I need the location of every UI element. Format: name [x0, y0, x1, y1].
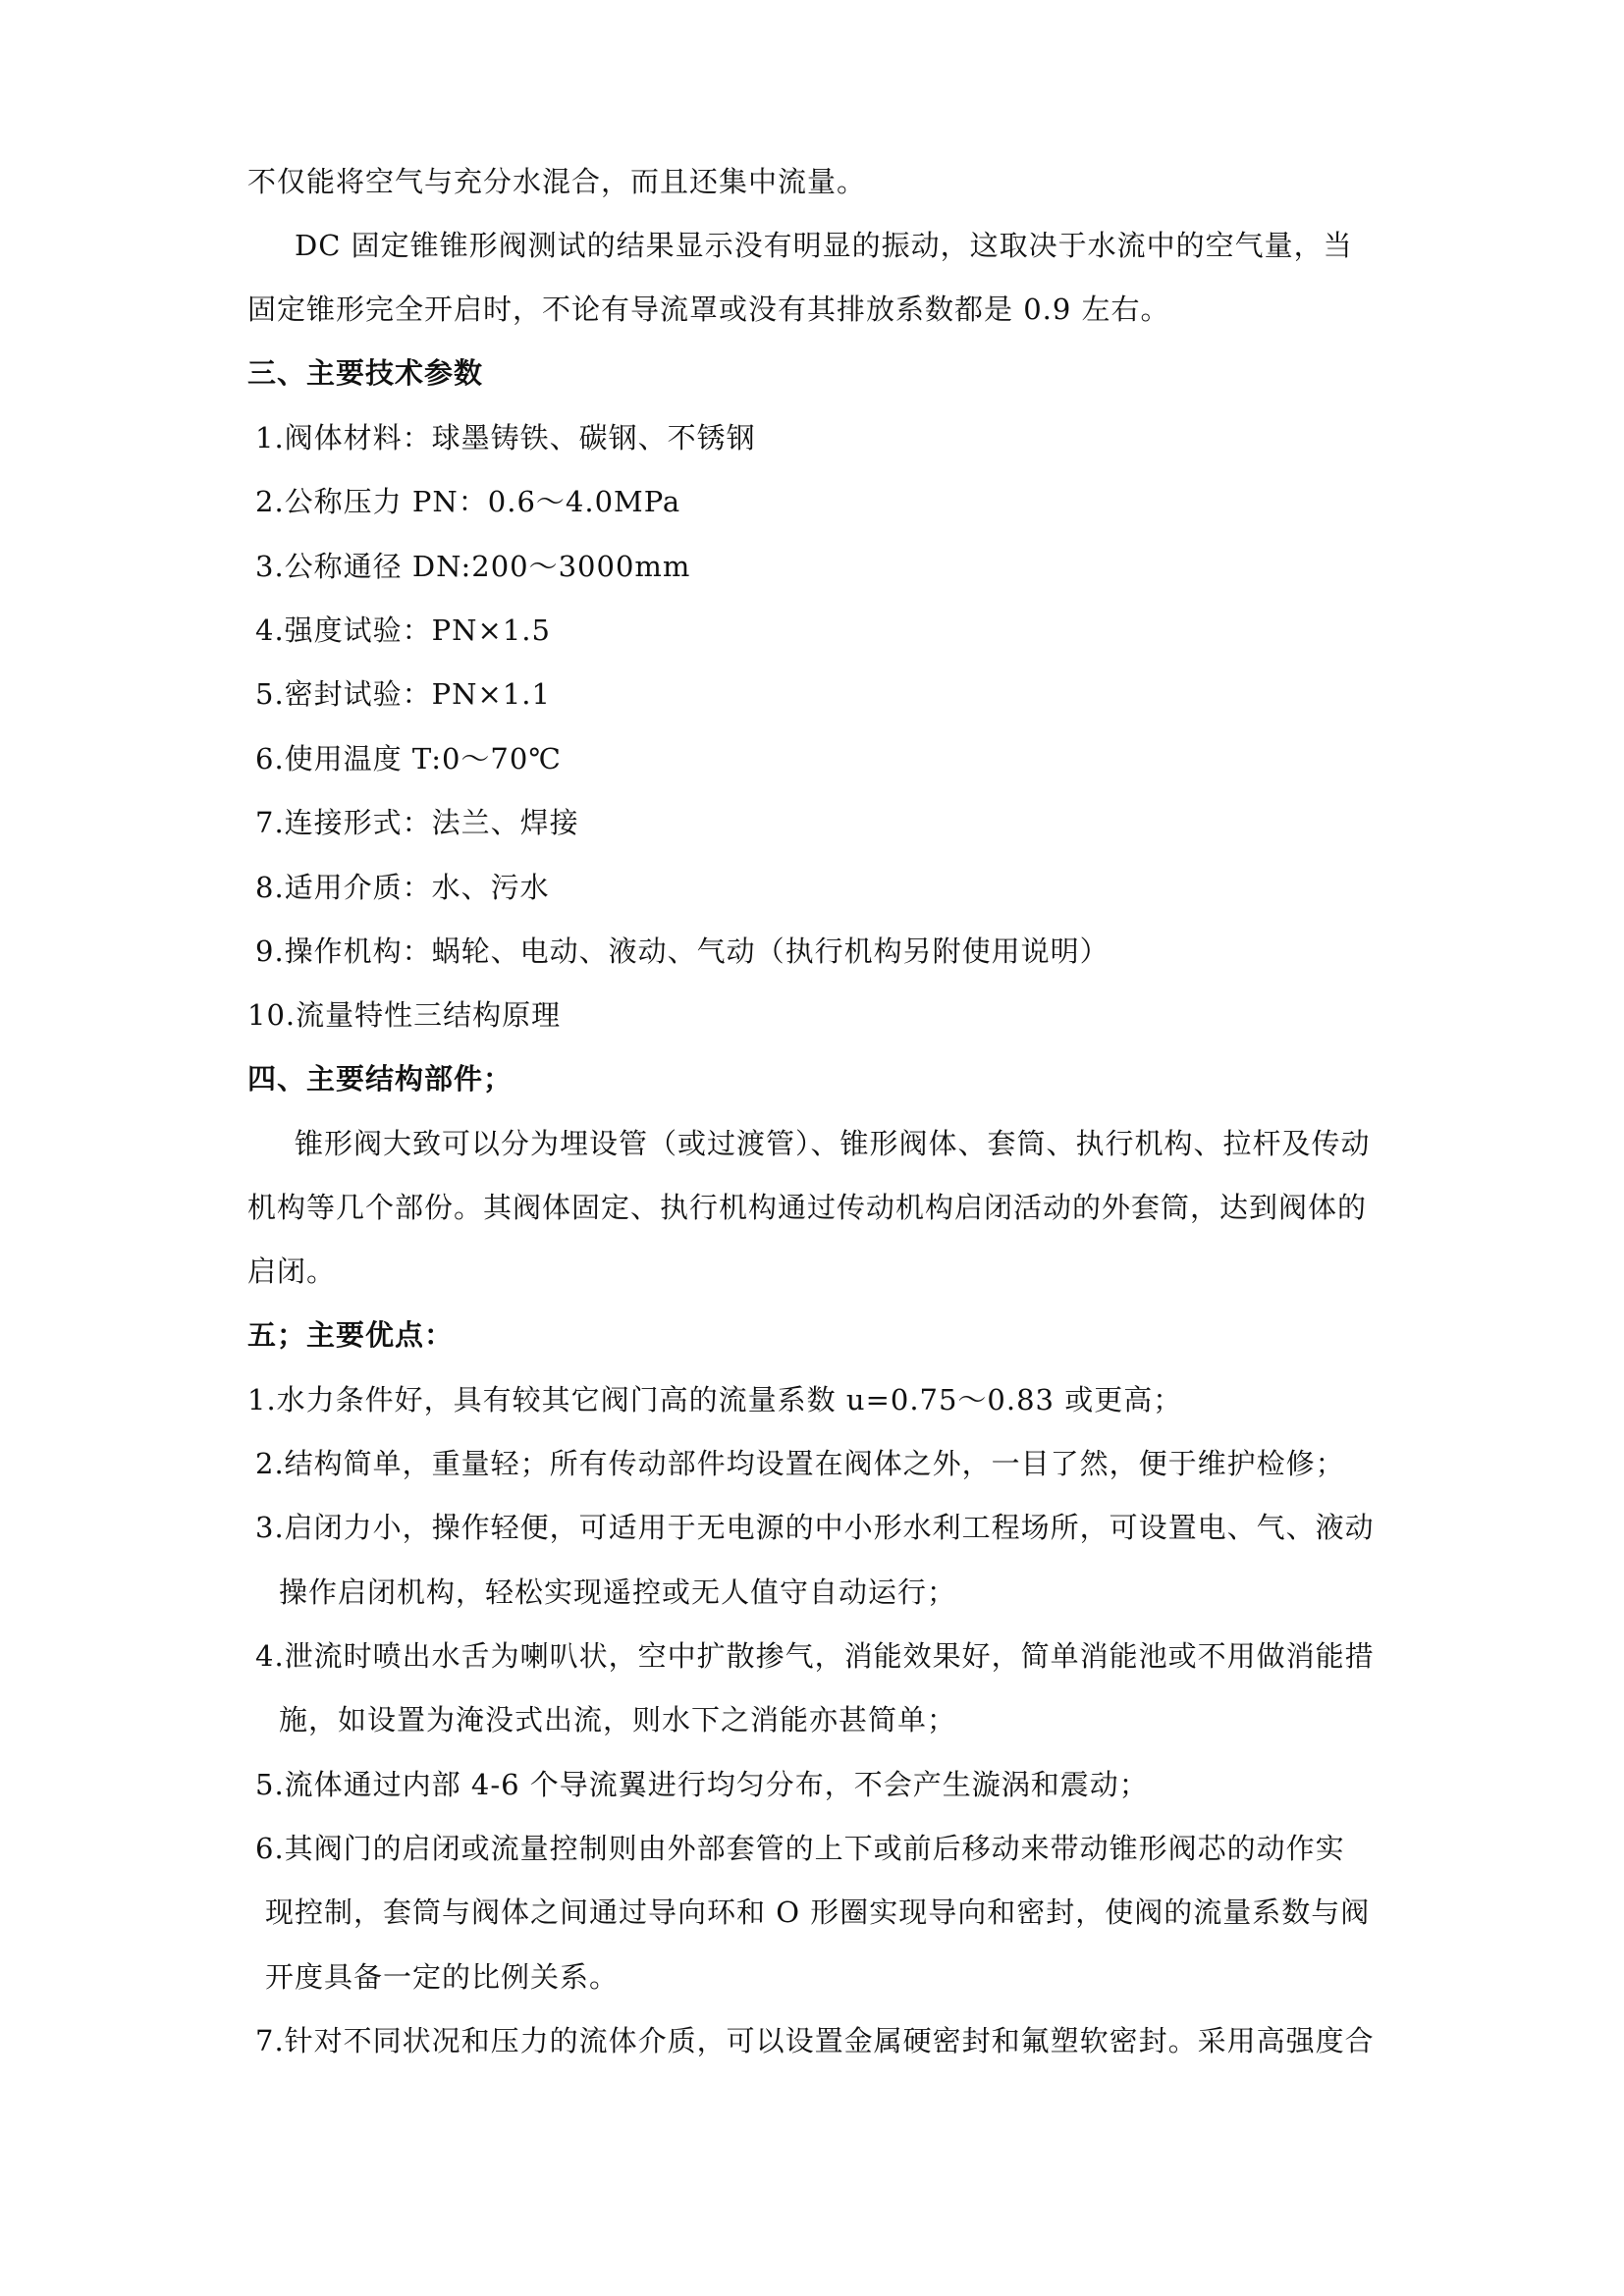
advantage-item-4-continuation: 施，如设置为淹没式出流，则水下之消能亦甚简单；	[279, 1702, 1516, 1737]
spec-item-9: 9.操作机构：蜗轮、电动、液动、气动（执行机构另附使用说明）	[255, 934, 1492, 969]
advantage-item-5: 5.流体通过内部 4-6 个导流翼进行均匀分布，不会产生漩涡和震动；	[255, 1767, 1492, 1802]
section-3-heading: 三、主要技术参数	[247, 355, 1485, 391]
spec-item-4: 4.强度试验：PN×1.5	[255, 613, 1492, 648]
advantage-item-3-continuation: 操作启闭机构，轻松实现遥控或无人值守自动运行；	[279, 1575, 1516, 1610]
advantage-item-7: 7.针对不同状况和压力的流体介质，可以设置金属硬密封和氟塑软密封。采用高强度合	[255, 2023, 1492, 2058]
spec-item-8: 8.适用介质：水、污水	[255, 870, 1492, 905]
spec-item-7: 7.连接形式：法兰、焊接	[255, 805, 1492, 840]
section-4-heading: 四、主要结构部件；	[247, 1061, 1485, 1096]
spec-item-3: 3.公称通径 DN:200～3000mm	[255, 549, 1492, 584]
spec-item-5: 5.密封试验：PN×1.1	[255, 676, 1492, 712]
advantage-item-2: 2.结构简单，重量轻；所有传动部件均设置在阀体之外，一目了然，便于维护检修；	[255, 1446, 1492, 1481]
spec-item-2: 2.公称压力 PN：0.6～4.0MPa	[255, 484, 1492, 519]
section-4-paragraph-line-1: 锥形阀大致可以分为埋设管（或过渡管）、锥形阀体、套筒、执行机构、拉杆及传动	[295, 1126, 1532, 1161]
document-page: 不仅能将空气与充分水混合，而且还集中流量。 DC 固定锥锥形阀测试的结果显示没有…	[0, 0, 1624, 2296]
spec-item-10: 10.流量特性三结构原理	[247, 997, 1485, 1033]
intro-paragraph-line-2: 固定锥形完全开启时，不论有导流罩或没有其排放系数都是 0.9 左右。	[247, 292, 1485, 327]
advantage-item-6-continuation-2: 开度具备一定的比例关系。	[265, 1959, 1502, 1995]
advantage-item-4: 4.泄流时喷出水舌为喇叭状，空中扩散掺气，消能效果好，简单消能池或不用做消能措	[255, 1638, 1492, 1674]
section-5-heading: 五；主要优点：	[247, 1317, 1485, 1353]
advantage-item-6: 6.其阀门的启闭或流量控制则由外部套管的上下或前后移动来带动锥形阀芯的动作实	[255, 1831, 1492, 1866]
section-4-paragraph-line-3: 启闭。	[247, 1254, 1485, 1289]
intro-paragraph-line-1: DC 固定锥锥形阀测试的结果显示没有明显的振动，这取决于水流中的空气量，当	[295, 228, 1532, 263]
intro-line: 不仅能将空气与充分水混合，而且还集中流量。	[247, 164, 1485, 199]
section-4-paragraph-line-2: 机构等几个部份。其阀体固定、执行机构通过传动机构启闭活动的外套筒，达到阀体的	[247, 1190, 1485, 1225]
spec-item-6: 6.使用温度 T:0～70℃	[255, 741, 1492, 776]
advantage-item-1: 1.水力条件好，具有较其它阀门高的流量系数 u=0.75～0.83 或更高；	[247, 1382, 1485, 1417]
spec-item-1: 1.阀体材料：球墨铸铁、碳钢、不锈钢	[255, 420, 1492, 455]
advantage-item-6-continuation-1: 现控制，套筒与阀体之间通过导向环和 O 形圈实现导向和密封，使阀的流量系数与阀	[265, 1895, 1502, 1930]
advantage-item-3: 3.启闭力小，操作轻便，可适用于无电源的中小形水利工程场所，可设置电、气、液动	[255, 1510, 1492, 1545]
